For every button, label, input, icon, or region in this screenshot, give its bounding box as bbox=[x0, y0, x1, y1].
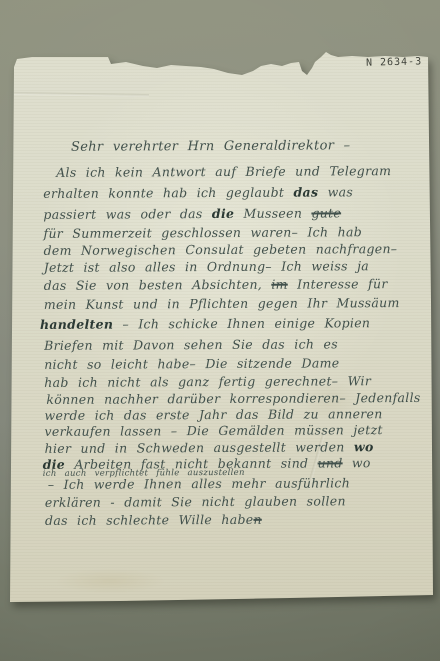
handwriting-line: verkaufen lassen – Die Gemälden müssen j… bbox=[44, 424, 382, 438]
handwriting-text: Interesse für bbox=[288, 276, 388, 292]
handwriting-text: – Ich schicke Ihnen einige Kopien bbox=[113, 315, 370, 331]
handwriting-text: verkaufen lassen – Die Gemälden müssen j… bbox=[44, 422, 382, 439]
struck-word: gute bbox=[311, 205, 341, 220]
handwriting-text: – Ich werde Ihnen alles mehr ausführlich bbox=[48, 475, 350, 492]
handwriting-line: nicht so leicht habe– Die sitzende Dame bbox=[44, 357, 339, 371]
handwriting-line: Briefen mit Davon sehen Sie das ich es bbox=[44, 338, 338, 352]
handwriting-line: werde ich das erste Jahr das Bild zu ann… bbox=[44, 408, 382, 422]
handwriting-text: werde ich das erste Jahr das Bild zu ann… bbox=[44, 406, 382, 423]
handwriting-text: nicht so leicht habe– Die sitzende Dame bbox=[44, 355, 339, 372]
handwriting-line: erhalten konnte hab ich geglaubt das was bbox=[43, 186, 353, 200]
handwriting-line: Jetzt ist also alles in Ordnung– Ich wei… bbox=[44, 260, 369, 274]
handwriting-text: wo bbox=[343, 455, 371, 470]
handwriting-text: erhalten konnte hab ich geglaubt bbox=[43, 185, 293, 201]
salutation-line: Sehr verehrter Hrn Generaldirektor – bbox=[71, 139, 350, 153]
handwriting-text: für Summerzeit geschlossen waren– Ich ha… bbox=[43, 224, 362, 241]
handwriting-text: dem Norwegischen Consulat gebeten nachfr… bbox=[44, 241, 398, 258]
handwriting-line: können nachher darüber korrespondieren– … bbox=[46, 392, 420, 406]
handwriting-text: mein Kunst und in Pflichten gegen Ihr Mu… bbox=[44, 295, 400, 312]
photograph-of-letter: N 2634-3 Sehr verehrter Hrn Generaldirek… bbox=[0, 0, 440, 661]
handwriting-text: was bbox=[318, 184, 353, 199]
handwriting-text: können nachher darüber korrespondieren– … bbox=[46, 390, 420, 407]
handwriting-layer: Sehr verehrter Hrn Generaldirektor – Als… bbox=[0, 0, 440, 661]
handwriting-line: passiert was oder das die Musseen gute bbox=[43, 207, 341, 221]
handwriting-text: hab ich nicht als ganz fertig gerechnet–… bbox=[44, 373, 371, 390]
handwriting-line: – Ich werde Ihnen alles mehr ausführlich bbox=[48, 477, 350, 491]
handwriting-line: mein Kunst und in Pflichten gegen Ihr Mu… bbox=[44, 297, 400, 311]
handwriting-line: für Summerzeit geschlossen waren– Ich ha… bbox=[43, 226, 362, 240]
handwriting-line: dem Norwegischen Consulat gebeten nachfr… bbox=[44, 243, 398, 257]
handwriting-text: das ich schlechte Wille habe bbox=[45, 512, 254, 528]
overwritten-word: die bbox=[212, 206, 234, 221]
handwriting-text: passiert was oder das bbox=[43, 206, 212, 222]
handwriting-line: Als ich kein Antwort auf Briefe und Tele… bbox=[56, 165, 391, 179]
handwriting-text: das Sie von besten Absichten, bbox=[44, 277, 272, 293]
handwriting-text: Als ich kein Antwort auf Briefe und Tele… bbox=[56, 163, 391, 180]
letter-body: Als ich kein Antwort auf Briefe und Tele… bbox=[0, 0, 438, 1]
handwriting-text: Jetzt ist also alles in Ordnung– Ich wei… bbox=[44, 258, 369, 275]
handwriting-text: hier und in Schweden ausgestellt werden bbox=[45, 439, 354, 456]
handwriting-line: das ich schlechte Wille haben bbox=[45, 514, 262, 528]
handwriting-line: das Sie von besten Absichten, im Interes… bbox=[44, 278, 388, 292]
handwriting-text: erklären - damit Sie nicht glauben solle… bbox=[45, 493, 346, 510]
struck-word: n bbox=[253, 512, 261, 527]
handwriting-line: hab ich nicht als ganz fertig gerechnet–… bbox=[44, 375, 371, 389]
handwriting-line: hier und in Schweden ausgestellt werden … bbox=[45, 441, 374, 455]
handwriting-line: erklären - damit Sie nicht glauben solle… bbox=[45, 495, 346, 509]
handwriting-line: handelten – Ich schicke Ihnen einige Kop… bbox=[40, 317, 370, 331]
handwriting-text: Briefen mit Davon sehen Sie das ich es bbox=[44, 336, 338, 353]
overwritten-word: handelten bbox=[40, 317, 113, 332]
struck-word: und bbox=[318, 455, 343, 470]
handwriting-text: Musseen bbox=[234, 206, 311, 221]
overwritten-word: wo bbox=[354, 439, 374, 454]
overwritten-word: das bbox=[293, 184, 318, 199]
struck-word: im bbox=[271, 277, 288, 292]
